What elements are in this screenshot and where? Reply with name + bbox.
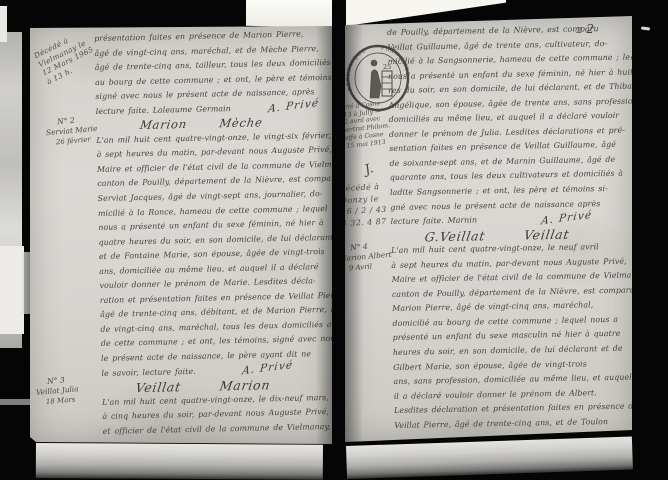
top-page-edge-left [246,0,332,28]
scan-artifact-dash [641,26,650,30]
act3-start-paragraph: L'an mil huit cent quatre-vingt-onze, le… [102,390,332,439]
register-left-page: Décédé àVielmanay le12 Mars 1965à 13 h. … [30,26,332,444]
margin-act-label-2: N° 2 Serviat Marie 26 février [45,114,99,148]
left-page-text: présentation faites en présence de Mario… [94,27,332,440]
page-edge-highlight [0,246,24,334]
handwritten-line: décédé à [345,181,386,195]
scanned-register-spread: Décédé àVielmanay le12 Mars 1965à 13 h. … [0,0,668,480]
act3-end-paragraph: de Pouilly, département de la Nièvre, es… [387,21,632,229]
margin-marriage-annotation: Marié à Cosne1913 à Jully —le 2 avril av… [345,99,392,150]
act-date: 9 Avril [345,260,393,275]
margin-death-annotation: décédé àDonzy le16 / 2 / 434 32. 4 87 [345,181,388,229]
right-page-text: de Pouilly, département de la Nièvre, es… [387,21,632,433]
margin-act-label-3: N° 3 Veillat Julia 18 Mars [35,374,80,408]
margin-death-annotation: Décédé àVielmanay le12 Mars 1965à 13 h. [32,28,99,87]
book-block-bottom-left [36,443,323,480]
stamp-ring-text-left: RÉPUBLIQUE [345,48,368,92]
book-block-bottom-right [346,437,633,479]
handwritten-line: 4 32. 4 87 [345,215,388,229]
handwritten-line: le 15 mai 1913 [345,138,392,151]
margin-act-label-4: N° 4 Marion Albert 9 Avril [345,240,393,274]
page-edge-sliver [0,6,7,42]
svg-text:RÉPUBLIQUE: RÉPUBLIQUE [345,48,368,92]
act4-paragraph: L'an mil huit cent quatre-vingt-onze, le… [391,240,632,434]
margin-signature-flourish: J. [363,161,376,178]
act2-paragraph: L'an mil huit cent quatre-vingt-onze, le… [96,128,332,381]
register-right-page: 22 RÉPUBLIQUE FRANÇAISE [345,16,632,442]
